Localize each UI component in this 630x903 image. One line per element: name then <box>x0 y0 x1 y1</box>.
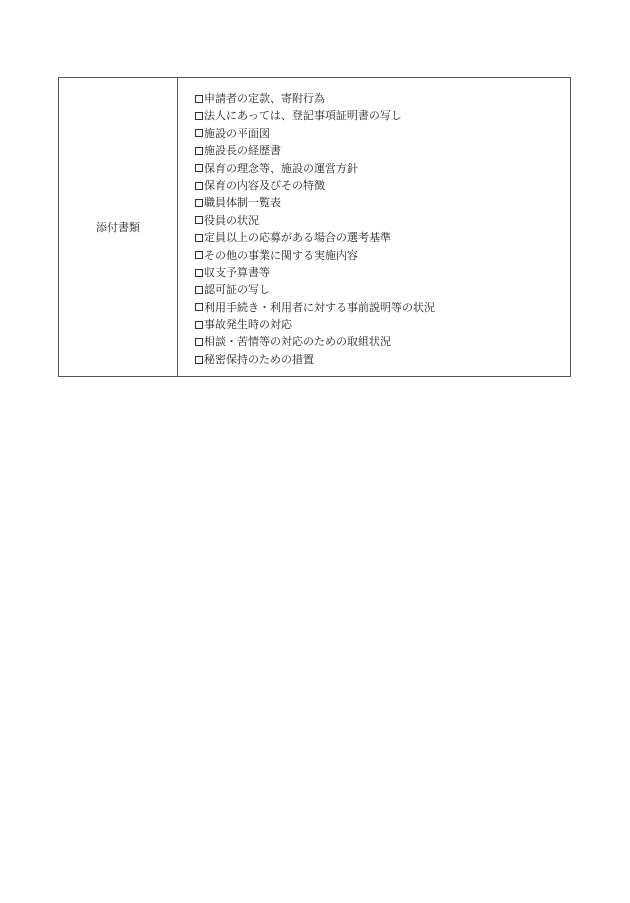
checklist-item-label: 施設長の経歴書 <box>204 142 281 159</box>
checklist-item-label: 施設の平面図 <box>204 125 270 142</box>
checklist-item-label: 利用手続き・利用者に対する事前説明等の状況 <box>204 299 435 316</box>
checkbox-icon[interactable] <box>195 269 203 277</box>
checkbox-icon[interactable] <box>195 129 203 137</box>
checkbox-icon[interactable] <box>195 95 203 103</box>
checklist-item[interactable]: 利用手続き・利用者に対する事前説明等の状況 <box>195 299 570 316</box>
checklist-item[interactable]: 申請者の定款、寄附行為 <box>195 90 570 107</box>
checklist-item-label: 役員の状況 <box>204 212 259 229</box>
checkbox-icon[interactable] <box>195 303 203 311</box>
checklist-item-label: 保育の内容及びその特徴 <box>204 177 325 194</box>
checkbox-icon[interactable] <box>195 338 203 346</box>
checklist-item-label: 相談・苦情等の対応のための取組状況 <box>204 333 391 350</box>
checkbox-icon[interactable] <box>195 286 203 294</box>
attachments-label-cell: 添付書類 <box>59 78 178 376</box>
checklist-item-label: 定員以上の応募がある場合の選考基準 <box>204 229 391 246</box>
checklist-item[interactable]: その他の事業に関する実施内容 <box>195 247 570 264</box>
checkbox-icon[interactable] <box>195 216 203 224</box>
checklist-item[interactable]: 相談・苦情等の対応のための取組状況 <box>195 333 570 350</box>
attachments-label: 添付書類 <box>96 219 140 235</box>
checklist-item[interactable]: 保育の理念等、施設の運営方針 <box>195 160 570 177</box>
checklist-item[interactable]: 定員以上の応募がある場合の選考基準 <box>195 229 570 246</box>
checkbox-icon[interactable] <box>195 199 203 207</box>
checklist-item[interactable]: 法人にあっては、登記事項証明書の写し <box>195 107 570 124</box>
checkbox-icon[interactable] <box>195 147 203 155</box>
checklist-item[interactable]: 施設長の経歴書 <box>195 142 570 159</box>
checkbox-icon[interactable] <box>195 234 203 242</box>
checkbox-icon[interactable] <box>195 164 203 172</box>
checkbox-icon[interactable] <box>195 356 203 364</box>
checklist-item-label: 申請者の定款、寄附行為 <box>204 90 325 107</box>
checkbox-icon[interactable] <box>195 321 203 329</box>
checklist-item-label: 事故発生時の対応 <box>204 316 292 333</box>
checklist-item-label: 認可証の写し <box>204 281 270 298</box>
checklist-item-label: 保育の理念等、施設の運営方針 <box>204 160 358 177</box>
checklist-item[interactable]: 収支予算書等 <box>195 264 570 281</box>
checklist-item-label: 秘密保持のための措置 <box>204 351 314 368</box>
checklist-item[interactable]: 秘密保持のための措置 <box>195 351 570 368</box>
checklist-item[interactable]: 保育の内容及びその特徴 <box>195 177 570 194</box>
checklist-item[interactable]: 事故発生時の対応 <box>195 316 570 333</box>
checklist-item-label: 収支予算書等 <box>204 264 270 281</box>
checklist-item-label: 職員体制一覧表 <box>204 194 281 211</box>
checkbox-icon[interactable] <box>195 251 203 259</box>
checklist-item[interactable]: 施設の平面図 <box>195 125 570 142</box>
attachments-table: 添付書類 申請者の定款、寄附行為 法人にあっては、登記事項証明書の写し 施設の平… <box>58 77 571 377</box>
checkbox-icon[interactable] <box>195 182 203 190</box>
checklist-item-label: その他の事業に関する実施内容 <box>204 247 358 264</box>
checklist-item[interactable]: 認可証の写し <box>195 281 570 298</box>
checklist-item[interactable]: 役員の状況 <box>195 212 570 229</box>
checklist-item[interactable]: 職員体制一覧表 <box>195 194 570 211</box>
attachments-checklist: 申請者の定款、寄附行為 法人にあっては、登記事項証明書の写し 施設の平面図 施設… <box>178 78 570 376</box>
checkbox-icon[interactable] <box>195 112 203 120</box>
checklist-item-label: 法人にあっては、登記事項証明書の写し <box>204 107 402 124</box>
